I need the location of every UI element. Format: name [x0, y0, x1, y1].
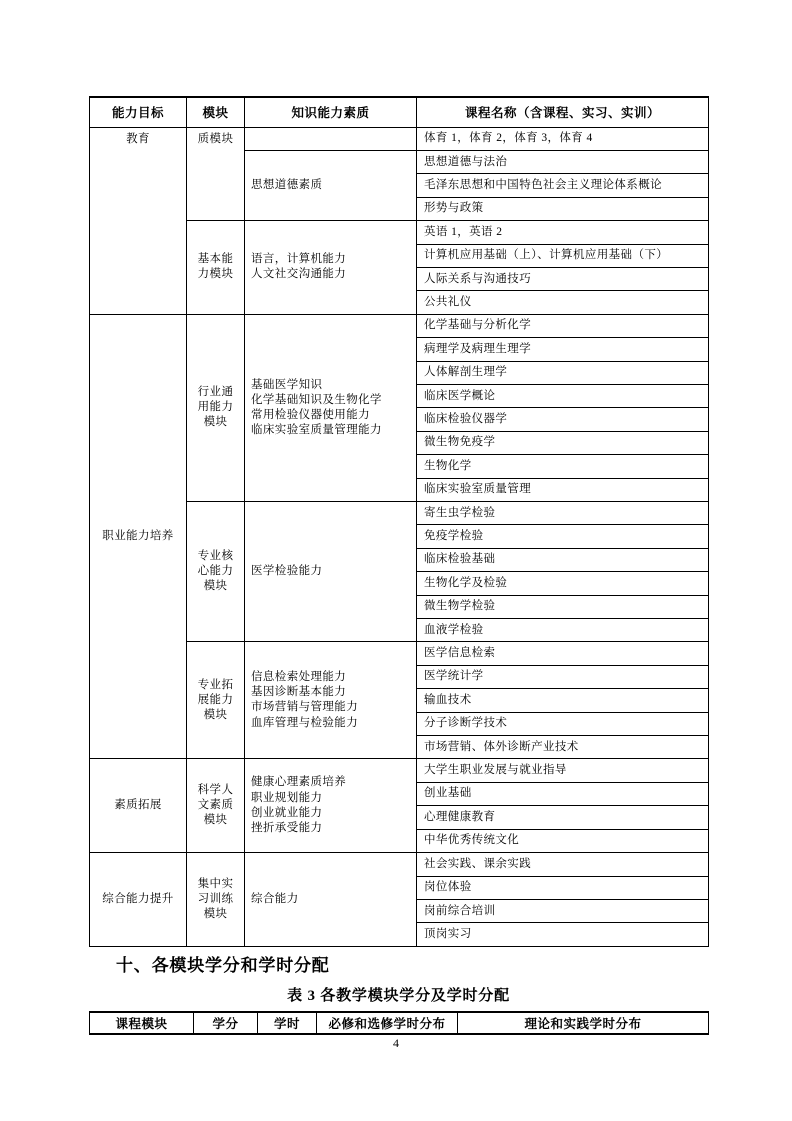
course-cell: 血液学检验 [417, 619, 709, 642]
ability-target-cell: 教育 [90, 127, 187, 314]
course-cell: 岗位体验 [417, 876, 709, 899]
course-cell: 医学统计学 [417, 665, 709, 688]
course-cell: 毛泽东思想和中国特色社会主义理论体系概论 [417, 174, 709, 197]
curriculum-table: 能力目标 模块 知识能力素质 课程名称（含课程、实习、实训） 教育质模块体育 1… [89, 96, 709, 947]
course-cell: 医学信息检索 [417, 642, 709, 665]
competency-cell: 综合能力 [245, 853, 417, 947]
course-cell: 临床检验仪器学 [417, 408, 709, 431]
module-cell: 集中实 习训练 模块 [187, 853, 245, 947]
course-cell: 思想道德与法治 [417, 150, 709, 173]
course-cell: 寄生虫学检验 [417, 502, 709, 525]
course-cell: 化学基础与分析化学 [417, 314, 709, 337]
competency-cell: 健康心理素质培养 职业规划能力 创业就业能力 挫折承受能力 [245, 759, 417, 853]
course-cell: 中华优秀传统文化 [417, 829, 709, 852]
table-row: 素质拓展科学人 文素质 模块健康心理素质培养 职业规划能力 创业就业能力 挫折承… [90, 759, 709, 782]
competency-cell: 医学检验能力 [245, 502, 417, 642]
ability-target-cell: 素质拓展 [90, 759, 187, 853]
course-cell: 心理健康教育 [417, 806, 709, 829]
column-header-module: 模块 [187, 97, 245, 127]
credit-hours-table: 课程模块 学分 学时 必修和选修学时分布 理论和实践学时分布 [89, 1011, 709, 1035]
course-cell: 免疫学检验 [417, 525, 709, 548]
course-cell: 创业基础 [417, 782, 709, 805]
course-cell: 临床实验室质量管理 [417, 478, 709, 501]
course-cell: 临床医学概论 [417, 384, 709, 407]
curriculum-header-row: 能力目标 模块 知识能力素质 课程名称（含课程、实习、实训） [90, 97, 709, 127]
table-row: 综合能力提升集中实 习训练 模块综合能力社会实践、课余实践 [90, 853, 709, 876]
course-cell: 英语 1，英语 2 [417, 221, 709, 244]
document-page: 能力目标 模块 知识能力素质 课程名称（含课程、实习、实训） 教育质模块体育 1… [0, 0, 792, 1121]
competency-cell: 思想道德素质 [245, 150, 417, 220]
credit-hours-header-row: 课程模块 学分 学时 必修和选修学时分布 理论和实践学时分布 [90, 1012, 709, 1034]
course-cell: 分子诊断学技术 [417, 712, 709, 735]
course-cell: 岗前综合培训 [417, 899, 709, 922]
course-cell: 输血技术 [417, 689, 709, 712]
course-cell: 人际关系与沟通技巧 [417, 267, 709, 290]
module-cell: 专业核 心能力 模块 [187, 502, 245, 642]
course-cell: 形势与政策 [417, 197, 709, 220]
course-cell: 公共礼仪 [417, 291, 709, 314]
page-number: 4 [0, 1036, 792, 1051]
column-header-competency: 知识能力素质 [245, 97, 417, 127]
column-header-course-name: 课程名称（含课程、实习、实训） [417, 97, 709, 127]
course-cell: 病理学及病理生理学 [417, 338, 709, 361]
column-header-theory-practice: 理论和实践学时分布 [458, 1012, 709, 1034]
table-row: 职业能力培养行业通 用能力 模块基础医学知识 化学基础知识及生物化学 常用检验仪… [90, 314, 709, 337]
course-cell: 社会实践、课余实践 [417, 853, 709, 876]
competency-cell: 基础医学知识 化学基础知识及生物化学 常用检验仪器使用能力 临床实验室质量管理能… [245, 314, 417, 501]
ability-target-cell: 综合能力提升 [90, 853, 187, 947]
column-header-ability-target: 能力目标 [90, 97, 187, 127]
module-cell: 专业拓 展能力 模块 [187, 642, 245, 759]
course-cell: 微生物免疫学 [417, 431, 709, 454]
column-header-credits: 学分 [194, 1012, 258, 1034]
module-cell: 行业通 用能力 模块 [187, 314, 245, 501]
course-cell: 人体解剖生理学 [417, 361, 709, 384]
competency-cell [245, 127, 417, 150]
module-cell: 质模块 [187, 127, 245, 221]
table3-caption: 表 3 各教学模块学分及学时分配 [89, 984, 708, 1005]
curriculum-table-body: 教育质模块体育 1，体育 2，体育 3，体育 4思想道德素质思想道德与法治毛泽东… [90, 127, 709, 947]
course-cell: 市场营销、体外诊断产业技术 [417, 736, 709, 759]
course-cell: 计算机应用基础（上）、计算机应用基础（下） [417, 244, 709, 267]
table-row: 教育质模块体育 1，体育 2，体育 3，体育 4 [90, 127, 709, 150]
competency-cell: 语言，计算机能力 人文社交沟通能力 [245, 221, 417, 315]
module-cell: 科学人 文素质 模块 [187, 759, 245, 853]
course-cell: 大学生职业发展与就业指导 [417, 759, 709, 782]
competency-cell: 信息检索处理能力 基因诊断基本能力 市场营销与管理能力 血库管理与检验能力 [245, 642, 417, 759]
column-header-course-module: 课程模块 [90, 1012, 194, 1034]
module-cell: 基本能 力模块 [187, 221, 245, 315]
course-cell: 体育 1，体育 2，体育 3，体育 4 [417, 127, 709, 150]
course-cell: 生物化学 [417, 455, 709, 478]
section-heading: 十、各模块学分和学时分配 [116, 951, 330, 976]
column-header-required-elective: 必修和选修学时分布 [317, 1012, 458, 1034]
column-header-hours: 学时 [258, 1012, 317, 1034]
course-cell: 生物化学及检验 [417, 572, 709, 595]
course-cell: 临床检验基础 [417, 548, 709, 571]
course-cell: 顶岗实习 [417, 923, 709, 947]
course-cell: 微生物学检验 [417, 595, 709, 618]
ability-target-cell: 职业能力培养 [90, 314, 187, 759]
